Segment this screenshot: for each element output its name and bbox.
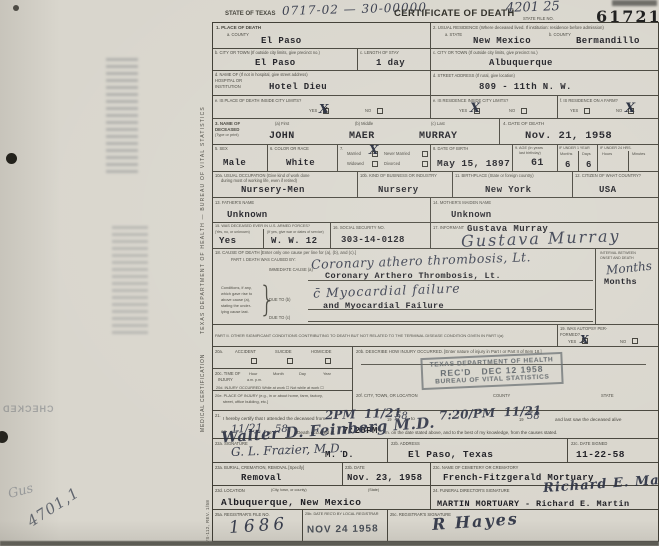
s20c-label1: 20c. TIME OF — [215, 371, 240, 376]
s2-city-label: c. CITY OR TOWN (If outside city limits,… — [433, 50, 538, 55]
if-under-24hrs-cell: IF UNDER 24 HRS. Hours Minutes — [598, 145, 658, 172]
interval-handwritten: Months — [605, 259, 652, 278]
state-of-texas-label: STATE OF TEXAS — [225, 11, 275, 17]
street-address-cell: d. STREET ADDRESS (If rural, give locati… — [431, 71, 658, 96]
s11-value: New York — [485, 185, 531, 195]
month-label: Month — [273, 371, 284, 376]
no-checkbox — [632, 338, 638, 344]
interval-label1: INTERVAL BETWEEN — [600, 251, 636, 255]
handwritten-cert-number: 4201 25 — [506, 0, 560, 16]
s23d-sub1: (City, town, or county) — [271, 488, 307, 492]
yes-label: YES — [459, 108, 467, 113]
s18-cond1: Conditions, if any, — [221, 285, 252, 290]
s6-label: 6. COLOR OR RACE — [270, 146, 309, 151]
s2-street-label: d. STREET ADDRESS (If rural, give locati… — [433, 73, 515, 78]
s15-sub1: (Yes, no, or unknown) — [215, 230, 250, 234]
homicide-checkbox — [325, 358, 331, 364]
s12-value: USA — [599, 185, 616, 195]
mother-name-cell: 14. MOTHER'S MAIDEN NAME Unknown — [431, 198, 658, 223]
s8-label: 8. DATE OF BIRTH — [433, 146, 468, 151]
s1-city-value: El Paso — [255, 58, 296, 68]
minutes-label: Minutes — [632, 152, 645, 156]
sex-cell: 5. SEX Male — [213, 145, 268, 172]
s3-title3: (Type or print) — [215, 133, 239, 137]
s12-label: 12. CITIZEN OF WHAT COUNTRY? — [575, 173, 641, 178]
s5-label: 5. SEX — [215, 146, 228, 151]
s18-part1: PART I. DEATH WAS CAUSED BY: — [231, 257, 296, 262]
s21-num: 21. — [215, 413, 221, 418]
name-of-deceased-cell: 3. NAME OF DECEASED (Type or print) (a) … — [213, 119, 500, 145]
hole-punch — [6, 153, 17, 164]
s22b-value: El Paso, Texas — [408, 449, 493, 460]
burial-type-cell: 23a. BURIAL, CREMATION, REMOVAL [Specify… — [213, 463, 343, 486]
s2-state-label: a. STATE — [445, 32, 462, 37]
informant-cell: 17. INFORMANT Gustava Murray Gustava Mur… — [431, 223, 658, 249]
s15-label: 15. WAS DECEASED EVER IN U.S. ARMED FORC… — [215, 224, 310, 228]
if-under-1-year-cell: IF UNDER 1 YEAR Months Days 6 6 — [558, 145, 598, 172]
burial-date-cell: 23b. DATE Nov. 23, 1958 — [343, 463, 431, 486]
cutoff-stamp-mark — [612, 0, 657, 6]
s1-title: 1. PLACE OF DEATH — [216, 25, 261, 30]
no-label: NO — [620, 339, 626, 344]
s2-county-value: Bermandillo — [576, 36, 640, 46]
margin-stamp-smudge — [106, 58, 138, 176]
days-label: Days — [582, 152, 591, 156]
no-label: NO — [509, 108, 515, 113]
accident-checkbox — [251, 358, 257, 364]
s6-value: White — [286, 158, 315, 168]
handwritten-check: X — [319, 102, 328, 116]
s21-pre: I hereby certify that I attended the dec… — [223, 416, 325, 421]
s1-hosp-label3: INSTITUTION — [215, 84, 241, 89]
scan-bottom-edge — [0, 541, 659, 546]
s17-label: 17. INFORMANT — [433, 225, 464, 230]
dept-of-health-vertical-label: TEXAS DEPARTMENT OF HEALTH — BUREAU OF V… — [200, 92, 206, 334]
s21-y2: 19 — [519, 417, 524, 422]
divider — [578, 151, 579, 172]
never-married-label: Never Married — [384, 151, 410, 156]
s18-due-b-label: DUE TO (b) — [269, 297, 290, 302]
s18-cond5: lying cause last. — [221, 309, 249, 314]
rule — [308, 309, 593, 310]
s8-value: May 15, 1897 — [437, 158, 510, 169]
widowed-checkbox — [372, 161, 378, 167]
s23b-label: 23b. DATE — [345, 465, 365, 470]
date-received-stamp: NOV 24 1958 — [307, 523, 379, 535]
hour-label: Hour — [249, 371, 257, 376]
divider — [628, 151, 629, 172]
s24-typed: MARTIN MORTUARY - Richard E. Martin — [437, 499, 630, 509]
s1-stay-value: 1 day — [376, 58, 405, 68]
s18-part2-label: PART II. OTHER SIGNIFICANT CONDITIONS CO… — [215, 333, 503, 338]
year-label: Year — [323, 371, 331, 376]
never-married-checkbox — [422, 151, 428, 157]
cause-of-death-cell: 18. CAUSE OF DEATH [Enter only one cause… — [213, 249, 596, 325]
interval-cell: INTERVAL BETWEEN ONSET AND DEATH Months … — [596, 249, 658, 325]
yes-label: YES — [568, 339, 576, 344]
s16-value: 303-14-0128 — [341, 235, 405, 245]
interval-typed: Months — [604, 277, 637, 287]
s1-hosp-label2: HOSPITAL OR — [215, 78, 242, 83]
s18-cond4: stating the under- — [221, 303, 251, 308]
handwritten-check: X — [580, 333, 589, 346]
s2-street-value: 809 - 11th N. W. — [479, 82, 572, 92]
s2-county-label: b. COUNTY — [549, 32, 571, 37]
s9-under24-label: IF UNDER 24 HRS. — [600, 146, 632, 150]
handwritten-check: X — [470, 101, 480, 116]
s9-age-value: 61 — [531, 158, 544, 169]
citizenship-cell: 12. CITIZEN OF WHAT COUNTRY? USA — [573, 172, 658, 198]
no-checkbox — [377, 108, 383, 114]
s18-cond3: above cause (a), — [221, 297, 250, 302]
s21-post: and last saw the deceased alive — [555, 417, 621, 422]
s20d-label: 20d. INJURY OCCURRED While at work ☐ Not… — [216, 385, 324, 390]
s3-title2: DECEASED — [215, 127, 239, 132]
s18-label: 18. CAUSE OF DEATH [Enter only one cause… — [215, 250, 356, 255]
s9-label2: last birthday) — [519, 151, 541, 155]
handwritten-check: X — [625, 101, 635, 116]
checked-stamp-bleedthrough: CHECKED — [2, 404, 54, 414]
part2-cell: PART II. OTHER SIGNIFICANT CONDITIONS CO… — [213, 325, 558, 347]
s9-label1: 9. AGE (In years — [515, 146, 543, 150]
s1-city-label: b. CITY OR TOWN (If outside city limits,… — [215, 50, 320, 55]
s14-value: Unknown — [451, 210, 492, 220]
death-certificate-scan: CHECKED Gus 4701,1 TEXAS DEPARTMENT OF H… — [0, 0, 659, 546]
father-name-cell: 13. FATHER'S NAME Unknown — [213, 198, 431, 223]
no-checkbox — [521, 108, 527, 114]
certificate-form: 1. PLACE OF DEATH a. COUNTY El Paso 2. U… — [212, 22, 659, 542]
s20a-label: 20a. — [215, 349, 223, 354]
yes-checkbox — [584, 108, 590, 114]
date-signed-cell: 22c. DATE SIGNED 11-22-58 — [568, 439, 658, 463]
months-label: Months — [560, 152, 572, 156]
s18-due-c-label: DUE TO (c) — [269, 315, 290, 320]
s2-title: 2. USUAL RESIDENCE (Where deceased lived… — [433, 25, 604, 30]
hospital-cell: d. NAME OF (If not in hospital, give str… — [213, 71, 431, 96]
s20c-label2: INJURY — [218, 377, 233, 382]
accident-suicide-homicide-cell: 20a. ACCIDENT SUICIDE HOMICIDE — [213, 347, 353, 369]
armed-forces-cell: 15. WAS DECEASED EVER IN U.S. ARMED FORC… — [213, 223, 331, 249]
divorced-checkbox — [422, 161, 428, 167]
residence-city-limits-cell: e. IS RESIDENCE INSIDE CITY LIMITS? YES … — [431, 96, 558, 119]
residence-city-cell: c. CITY OR TOWN (If outside city limits,… — [431, 49, 658, 71]
s9-months-value: 6 — [565, 160, 571, 170]
medical-certification-vertical-label: MEDICAL CERTIFICATION — [200, 334, 206, 432]
registrar-file-handwritten: 1686 — [228, 514, 289, 538]
suicide-checkbox — [287, 358, 293, 364]
s3-first-value: JOHN — [269, 131, 295, 142]
race-cell: 6. COLOR OR RACE White — [268, 145, 338, 172]
s15-value1: Yes — [219, 236, 236, 246]
s1-limits-label: e. IS PLACE OF DEATH INSIDE CITY LIMITS? — [215, 98, 301, 103]
ampm-label: a.m. p.m. — [247, 378, 262, 382]
length-of-stay-cell: c. LENGTH OF STAY 1 day — [358, 49, 431, 71]
s23b-value: Nov. 23, 1958 — [347, 473, 422, 483]
s18-cond2: which gave rise to — [221, 291, 252, 296]
s10b-label: 10b. KIND OF BUSINESS OR INDUSTRY — [360, 173, 437, 178]
ssn-cell: 16. SOCIAL SECURITY NO. 303-14-0128 — [331, 223, 431, 249]
s10b-value: Nursery — [378, 185, 419, 195]
city-of-death-cell: b. CITY OR TOWN (If outside city limits,… — [213, 49, 358, 71]
s2-state-value: New Mexico — [473, 36, 531, 46]
s14-label: 14. MOTHER'S MAIDEN NAME — [433, 200, 491, 205]
s23c-label: 23c. NAME OF CEMETERY OR CREMATORY — [433, 465, 518, 470]
state-label: STATE — [601, 393, 614, 398]
year-handwritten: 58 — [527, 411, 540, 422]
s1-stay-label: c. LENGTH OF STAY — [360, 50, 399, 55]
industry-cell: 10b. KIND OF BUSINESS OR INDUSTRY Nurser… — [358, 172, 453, 198]
s22c-label: 22c. DATE SIGNED — [571, 441, 607, 446]
s4-label: 4. DATE OF DEATH — [503, 121, 544, 126]
s23d-value: Albuquerque, New Mexico — [221, 497, 361, 508]
death-city-limits-cell: e. IS PLACE OF DEATH INSIDE CITY LIMITS?… — [213, 96, 431, 119]
marital-status-cell: 7. Married X Never Married Widowed Divor… — [338, 145, 431, 172]
s20e-label2: street, office building, etc.] — [223, 399, 268, 404]
s1-county-label: a. COUNTY — [227, 32, 249, 37]
yes-label: YES — [309, 108, 317, 113]
s1-hosp-label1: d. NAME OF (If not in hospital, give str… — [215, 72, 308, 77]
s1-county-value: El Paso — [261, 36, 302, 46]
no-label: NO — [365, 108, 371, 113]
cause-b-handwritten: c̄ Myocardial failure — [313, 280, 461, 300]
divider — [263, 229, 264, 249]
s3-last-value: MURRAY — [419, 131, 457, 142]
s3-title: 3. NAME OF — [215, 121, 240, 126]
s23d-sub2: (State) — [368, 488, 379, 492]
s13-label: 13. FATHER'S NAME — [215, 200, 254, 205]
accident-label: ACCIDENT — [235, 349, 256, 354]
s9-days-value: 6 — [586, 160, 592, 170]
burial-location-cell: 23d. LOCATION (City, town, or county) (S… — [213, 486, 431, 510]
s3-middle-label: (b) Middle — [355, 121, 373, 126]
s10a-value: Nursery-Men — [241, 185, 305, 195]
s20e-label1: 20e. PLACE OF INJURY (e.g., in or about … — [215, 393, 323, 398]
margin-scribble: Gus — [7, 481, 35, 502]
no-label: NO — [616, 108, 622, 113]
date-of-death-cell: 4. DATE OF DEATH Nov. 21, 1958 — [500, 119, 658, 145]
divorced-label: Divorced — [384, 161, 400, 166]
s25b-label: 25b. DATE REC'D BY LOCAL REGISTRAR — [305, 512, 383, 516]
place-of-death-cell: 1. PLACE OF DEATH a. COUNTY El Paso — [213, 23, 431, 49]
autopsy-cell: 19. WAS AUTOPSY PER- FORMED? YES X X NO — [558, 325, 658, 347]
s11-label: 11. BIRTHPLACE (State or foreign country… — [455, 173, 534, 178]
time-of-injury-cell: 20c. TIME OF INJURY Hour Month Day Year … — [213, 369, 353, 391]
date-of-birth-cell: 8. DATE OF BIRTH May 15, 1897 — [431, 145, 513, 172]
s3-last-label: (c) Last — [431, 121, 445, 126]
rule — [308, 321, 593, 322]
s7-label: 7. — [340, 146, 343, 151]
day-label: Day — [299, 371, 306, 376]
s5-value: Male — [223, 158, 246, 168]
s2-farm-label: f. IS RESIDENCE ON A FARM? — [560, 98, 618, 103]
s19-label1: 19. WAS AUTOPSY PER- — [560, 326, 607, 331]
s13-value: Unknown — [227, 210, 268, 220]
hole-punch — [0, 431, 8, 443]
county-label: COUNTY — [493, 393, 510, 398]
farm-cell: f. IS RESIDENCE ON A FARM? YES NO X — [558, 96, 658, 119]
s22b-label: 22b. ADDRESS — [391, 441, 420, 446]
handwritten-check: X — [369, 143, 378, 157]
married-label: Married — [347, 151, 361, 156]
s18-immediate-label: IMMEDIATE CAUSE (a) — [269, 267, 313, 272]
date-received-cell: 25b. DATE REC'D BY LOCAL REGISTRAR NOV 2… — [303, 510, 388, 541]
s19-label2: FORMED? — [560, 332, 580, 337]
form-code-vertical-label: VS-112, REV. 1/58 — [205, 479, 210, 543]
s4-value: Nov. 21, 1958 — [525, 130, 612, 142]
s24-label: 24. FUNERAL DIRECTOR'S SIGNATURE — [433, 488, 509, 493]
age-cell: 9. AGE (In years last birthday) 61 — [513, 145, 558, 172]
s23a-value: Removal — [241, 473, 282, 483]
s23d-label: 23d. LOCATION — [215, 488, 245, 493]
birthplace-cell: 11. BIRTHPLACE (State or foreign country… — [453, 172, 573, 198]
suicide-label: SUICIDE — [275, 349, 292, 354]
s22c-value: 11-22-58 — [576, 449, 625, 460]
s23a-label: 23a. BURIAL, CREMATION, REMOVAL [Specify… — [215, 465, 304, 470]
s9-under1-label: IF UNDER 1 YEAR — [559, 146, 590, 150]
state-file-no-label: STATE FILE NO. — [523, 16, 554, 21]
s20f-label: 20f. CITY, TOWN, OR LOCATION — [356, 393, 418, 398]
usual-residence-cell: 2. USUAL RESIDENCE (Where deceased lived… — [431, 23, 658, 49]
yes-label: YES — [570, 108, 578, 113]
hours-label: Hours — [602, 152, 612, 156]
s16-label: 16. SOCIAL SECURITY NO. — [333, 225, 385, 230]
interval-label2: ONSET AND DEATH — [600, 256, 634, 260]
s3-first-label: (a) First — [275, 121, 289, 126]
margin-stamp-smudge — [112, 226, 148, 334]
s10a-label2: during most of working life, even if ret… — [221, 178, 297, 183]
registrar-file-cell: 25a. REGISTRAR'S FILE NO. 1686 — [213, 510, 303, 541]
physician-address-cell: 22b. ADDRESS El Paso, Texas — [388, 439, 568, 463]
received-stamp: TEXAS DEPARTMENT OF HEALTH REC'D DEC 12 … — [420, 352, 563, 390]
s2-city-value: Albuquerque — [489, 58, 553, 68]
s1-hospital-value: Hotel Dieu — [269, 82, 327, 92]
certificate-title: CERTIFICATE OF DEATH — [394, 8, 515, 19]
s3-middle-value: MAER — [349, 131, 375, 142]
registrar-signature-cell: 25c. REGISTRAR'S SIGNATURE R Hayes — [388, 510, 658, 541]
widowed-label: Widowed — [347, 161, 364, 166]
s15-value2: W. W. 12 — [271, 236, 317, 246]
s15-sub2: (If yes, give war or dates of service) — [267, 230, 324, 234]
homicide-label: HOMICIDE — [311, 349, 331, 354]
ink-speck — [13, 5, 19, 11]
occupation-cell: 10a. USUAL OCCUPATION (Give kind of work… — [213, 172, 358, 198]
